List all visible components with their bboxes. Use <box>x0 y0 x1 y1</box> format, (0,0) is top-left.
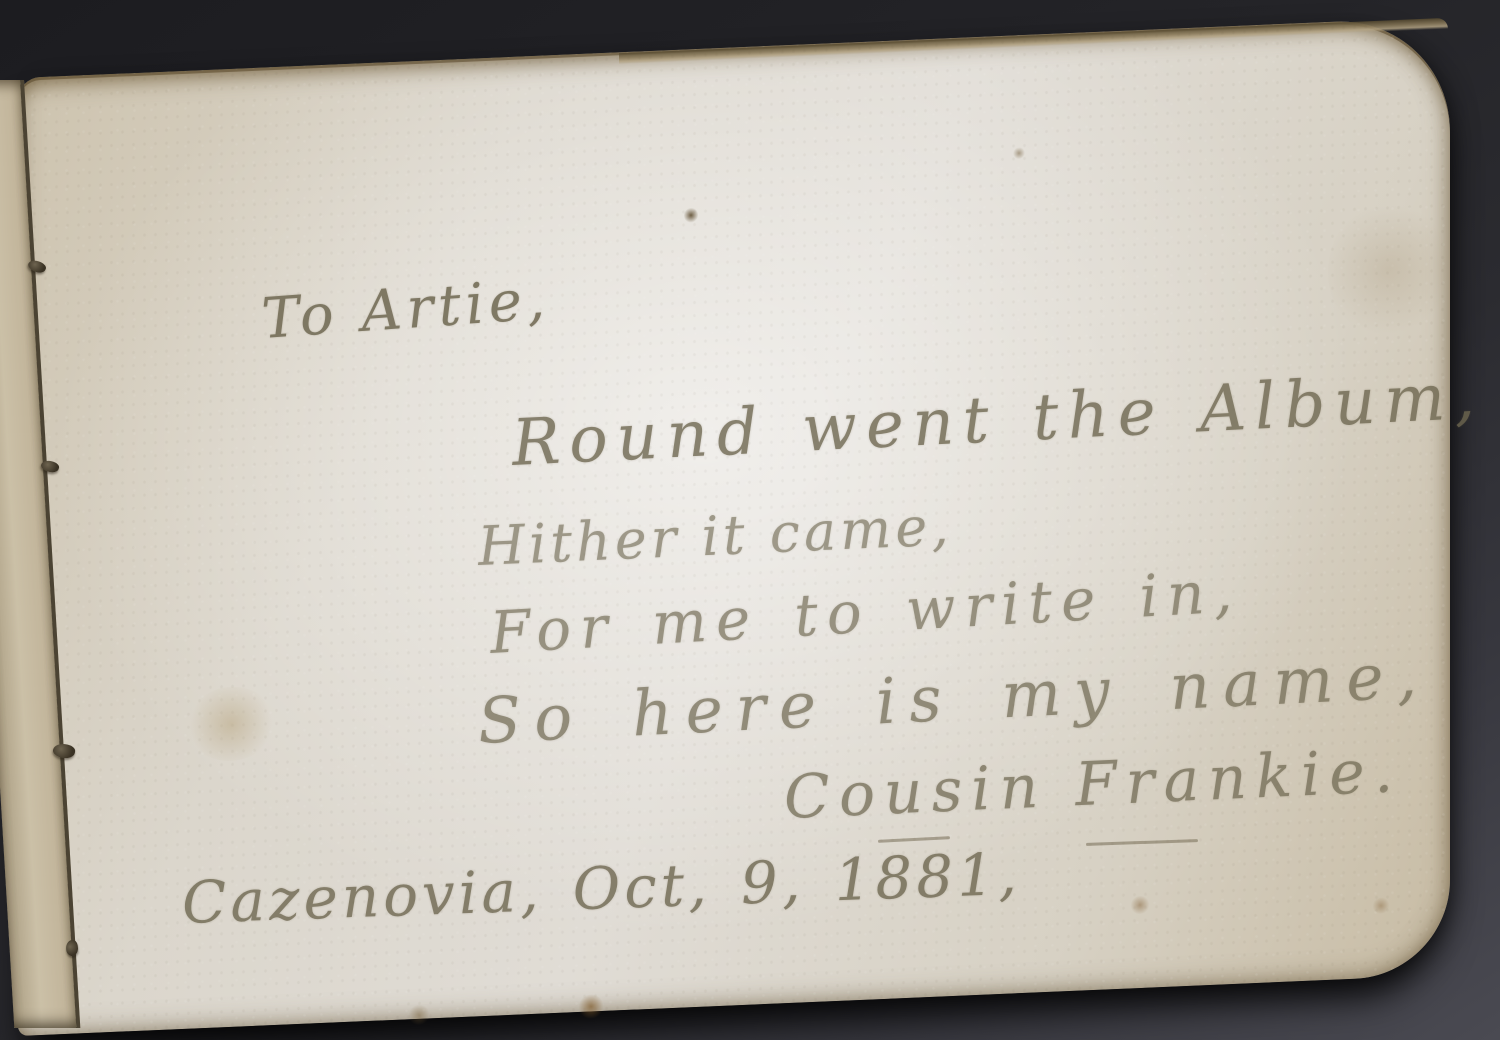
photo-of-album-page: To Artie, Round went the Album, Hither i… <box>0 0 1500 1040</box>
foxing-stain <box>408 1004 430 1025</box>
foxing-stain <box>578 994 604 1019</box>
